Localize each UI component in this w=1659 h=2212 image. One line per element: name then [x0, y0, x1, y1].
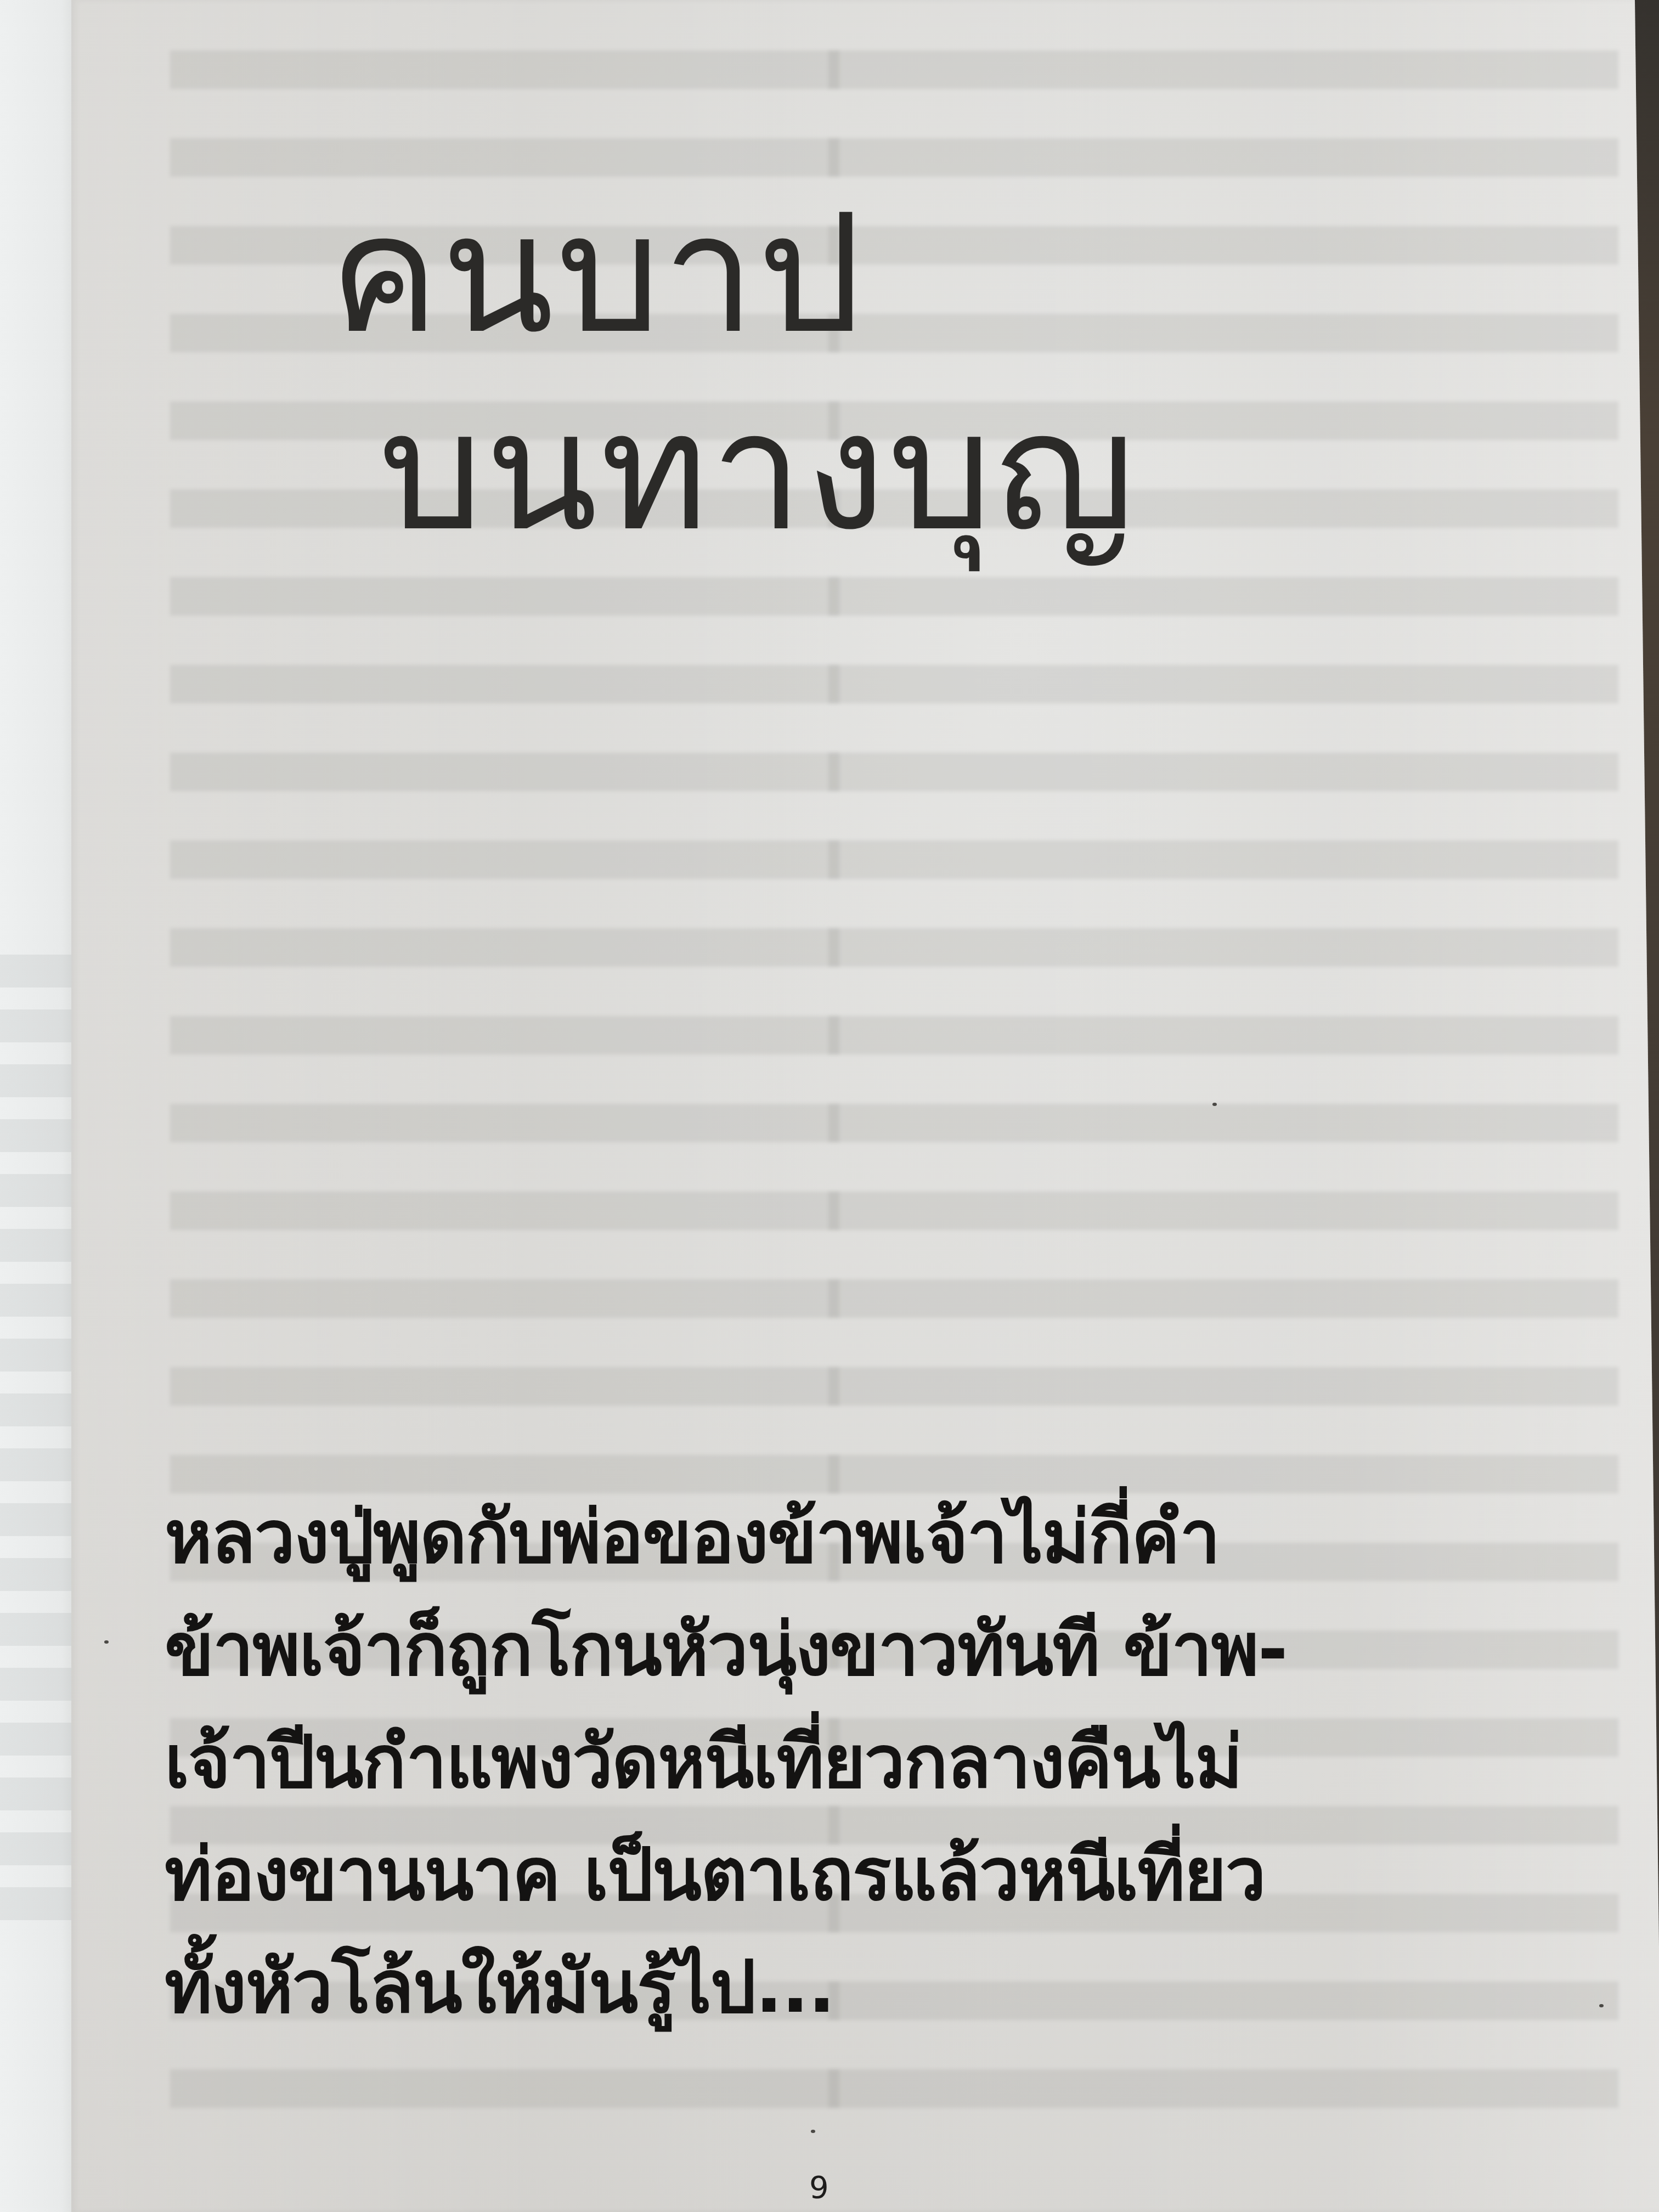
intro-paragraph: หลวงปู่พูดกับพ่อของข้าพเจ้าไม่กี่คำ ข้าพ…: [165, 1481, 1536, 2044]
chapter-title-line-2: บนทางบุญ: [379, 373, 1372, 571]
chapter-title-line-1: คนบาป: [329, 176, 1372, 373]
paragraph-line-2: ข้าพเจ้าก็ถูกโกนหัวนุ่งขาวทันที ข้าพ-: [165, 1594, 1536, 1706]
paragraph-line-3: เจ้าปีนกำแพงวัดหนีเที่ยวกลางคืนไม่: [165, 1706, 1536, 1819]
page-content: คนบาป บนทางบุญ หลวงปู่พูดกับพ่อของข้าพเจ…: [0, 0, 1659, 2212]
paragraph-line-1: หลวงปู่พูดกับพ่อของข้าพเจ้าไม่กี่คำ: [165, 1481, 1536, 1594]
paragraph-line-4: ท่องขานนาค เป็นตาเถรแล้วหนีเที่ยว: [165, 1819, 1536, 1931]
photo-scene: คนบาป บนทางบุญ หลวงปู่พูดกับพ่อของข้าพเจ…: [0, 0, 1659, 2212]
paper-speck: [1599, 2004, 1604, 2007]
chapter-title: คนบาป บนทางบุญ: [329, 176, 1372, 571]
paper-speck: [811, 2130, 815, 2133]
paragraph-line-5: ทั้งหัวโล้นให้มันรู้ไป...: [165, 1931, 1536, 2044]
paper-speck: [1212, 1103, 1217, 1106]
page-number: 9: [809, 2170, 829, 2205]
paper-speck: [104, 1640, 109, 1644]
